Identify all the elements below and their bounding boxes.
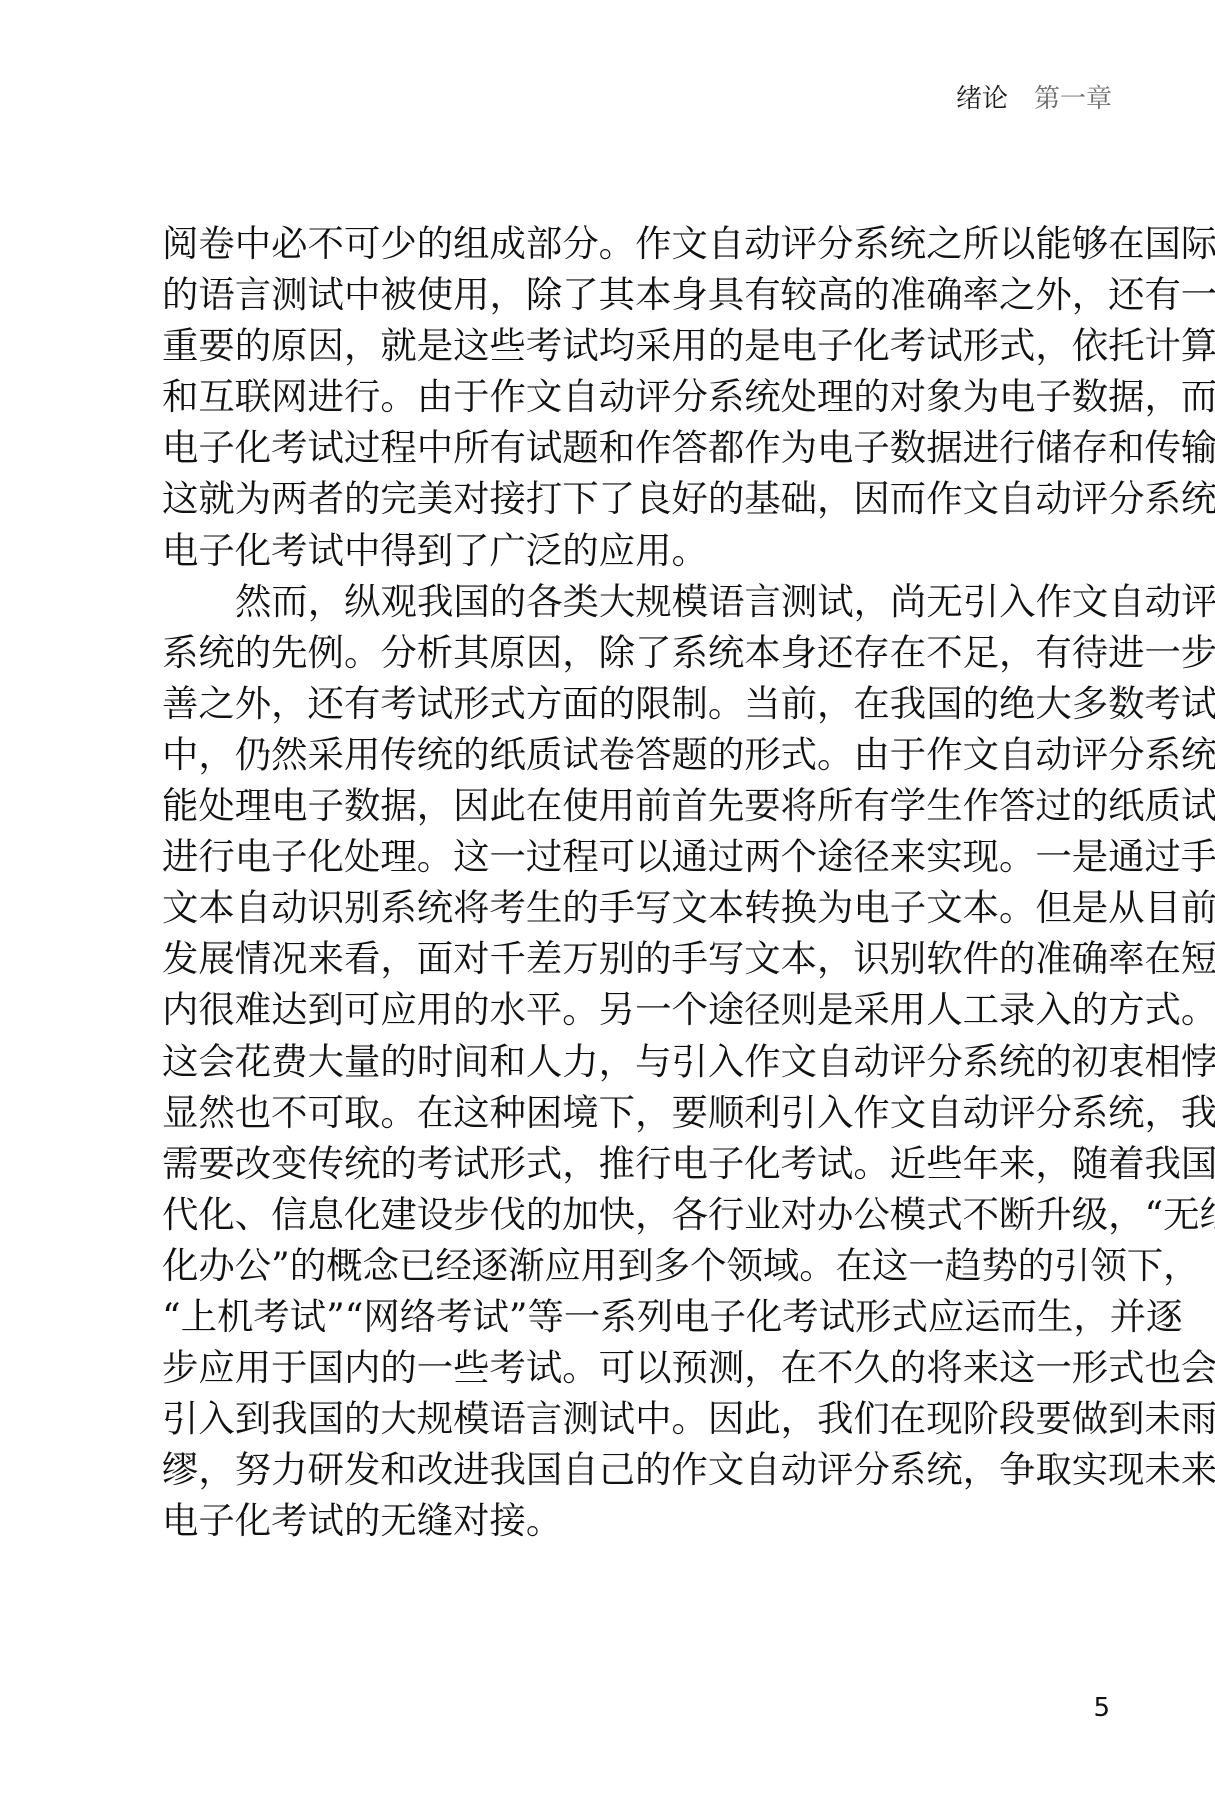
text-line: 引入到我国的大规模语言测试中。因此，我们在现阶段要做到未雨绸 — [162, 1393, 1042, 1444]
page-number: 5 — [1093, 1693, 1110, 1723]
text-line: 缪，努力研发和改进我国自己的作文自动评分系统，争取实现未来与 — [162, 1444, 1042, 1495]
text-line: 发展情况来看，面对千差万别的手写文本，识别软件的准确率在短期 — [162, 933, 1042, 984]
text-line: 需要改变传统的考试形式，推行电子化考试。近些年来，随着我国现 — [162, 1138, 1042, 1189]
text-line: 内很难达到可应用的水平。另一个途径则是采用人工录入的方式。但 — [162, 984, 1042, 1035]
text-line: 阅卷中必不可少的组成部分。作文自动评分系统之所以能够在国际性 — [162, 218, 1042, 269]
text-line: 显然也不可取。在这种困境下，要顺利引入作文自动评分系统，我们 — [162, 1087, 1042, 1138]
text-line: 然而，纵观我国的各类大规模语言测试，尚无引入作文自动评分 — [162, 576, 1042, 627]
text-line: 能处理电子数据，因此在使用前首先要将所有学生作答过的纸质试卷 — [162, 780, 1042, 831]
paragraph: 阅卷中必不可少的组成部分。作文自动评分系统之所以能够在国际性 的语言测试中被使用… — [162, 218, 1042, 576]
header-section-title: 绪论 — [956, 84, 1008, 114]
text-line: “上机考试”“网络考试”等一系列电子化考试形式应运而生，并逐 — [162, 1291, 1042, 1342]
text-line: 善之外，还有考试形式方面的限制。当前，在我国的绝大多数考试 — [162, 678, 1042, 729]
text-line: 系统的先例。分析其原因，除了系统本身还存在不足，有待进一步完 — [162, 627, 1042, 678]
text-line: 化办公”的概念已经逐渐应用到多个领域。在这一趋势的引领下， — [162, 1240, 1042, 1291]
document-page: 绪论第一章 阅卷中必不可少的组成部分。作文自动评分系统之所以能够在国际性 的语言… — [0, 0, 1215, 1813]
text-line: 和互联网进行。由于作文自动评分系统处理的对象为电子数据，而在 — [162, 371, 1042, 422]
text-line: 这就为两者的完美对接打下了良好的基础，因而作文自动评分系统在 — [162, 473, 1042, 524]
text-line: 这会花费大量的时间和人力，与引入作文自动评分系统的初衷相悖， — [162, 1036, 1042, 1087]
text-line: 电子化考试过程中所有试题和作答都作为电子数据进行储存和传输， — [162, 422, 1042, 473]
paragraph: 然而，纵观我国的各类大规模语言测试，尚无引入作文自动评分 系统的先例。分析其原因… — [162, 576, 1042, 1547]
text-line: 重要的原因，就是这些考试均采用的是电子化考试形式，依托计算机 — [162, 320, 1042, 371]
body-text: 阅卷中必不可少的组成部分。作文自动评分系统之所以能够在国际性 的语言测试中被使用… — [162, 218, 1042, 1546]
text-line: 中，仍然采用传统的纸质试卷答题的形式。由于作文自动评分系统只 — [162, 729, 1042, 780]
text-line: 电子化考试中得到了广泛的应用。 — [162, 525, 1042, 576]
text-line: 步应用于国内的一些考试。可以预测，在不久的将来这一形式也会被 — [162, 1342, 1042, 1393]
text-line: 的语言测试中被使用，除了其本身具有较高的准确率之外，还有一个 — [162, 269, 1042, 320]
text-line: 电子化考试的无缝对接。 — [162, 1495, 1042, 1546]
text-line: 文本自动识别系统将考生的手写文本转换为电子文本。但是从目前的 — [162, 882, 1042, 933]
running-header: 绪论第一章 — [956, 84, 1112, 114]
text-line: 代化、信息化建设步伐的加快，各行业对办公模式不断升级，“无纸 — [162, 1189, 1042, 1240]
text-line: 进行电子化处理。这一过程可以通过两个途径来实现。一是通过手写 — [162, 831, 1042, 882]
header-chapter-label: 第一章 — [1034, 84, 1112, 114]
